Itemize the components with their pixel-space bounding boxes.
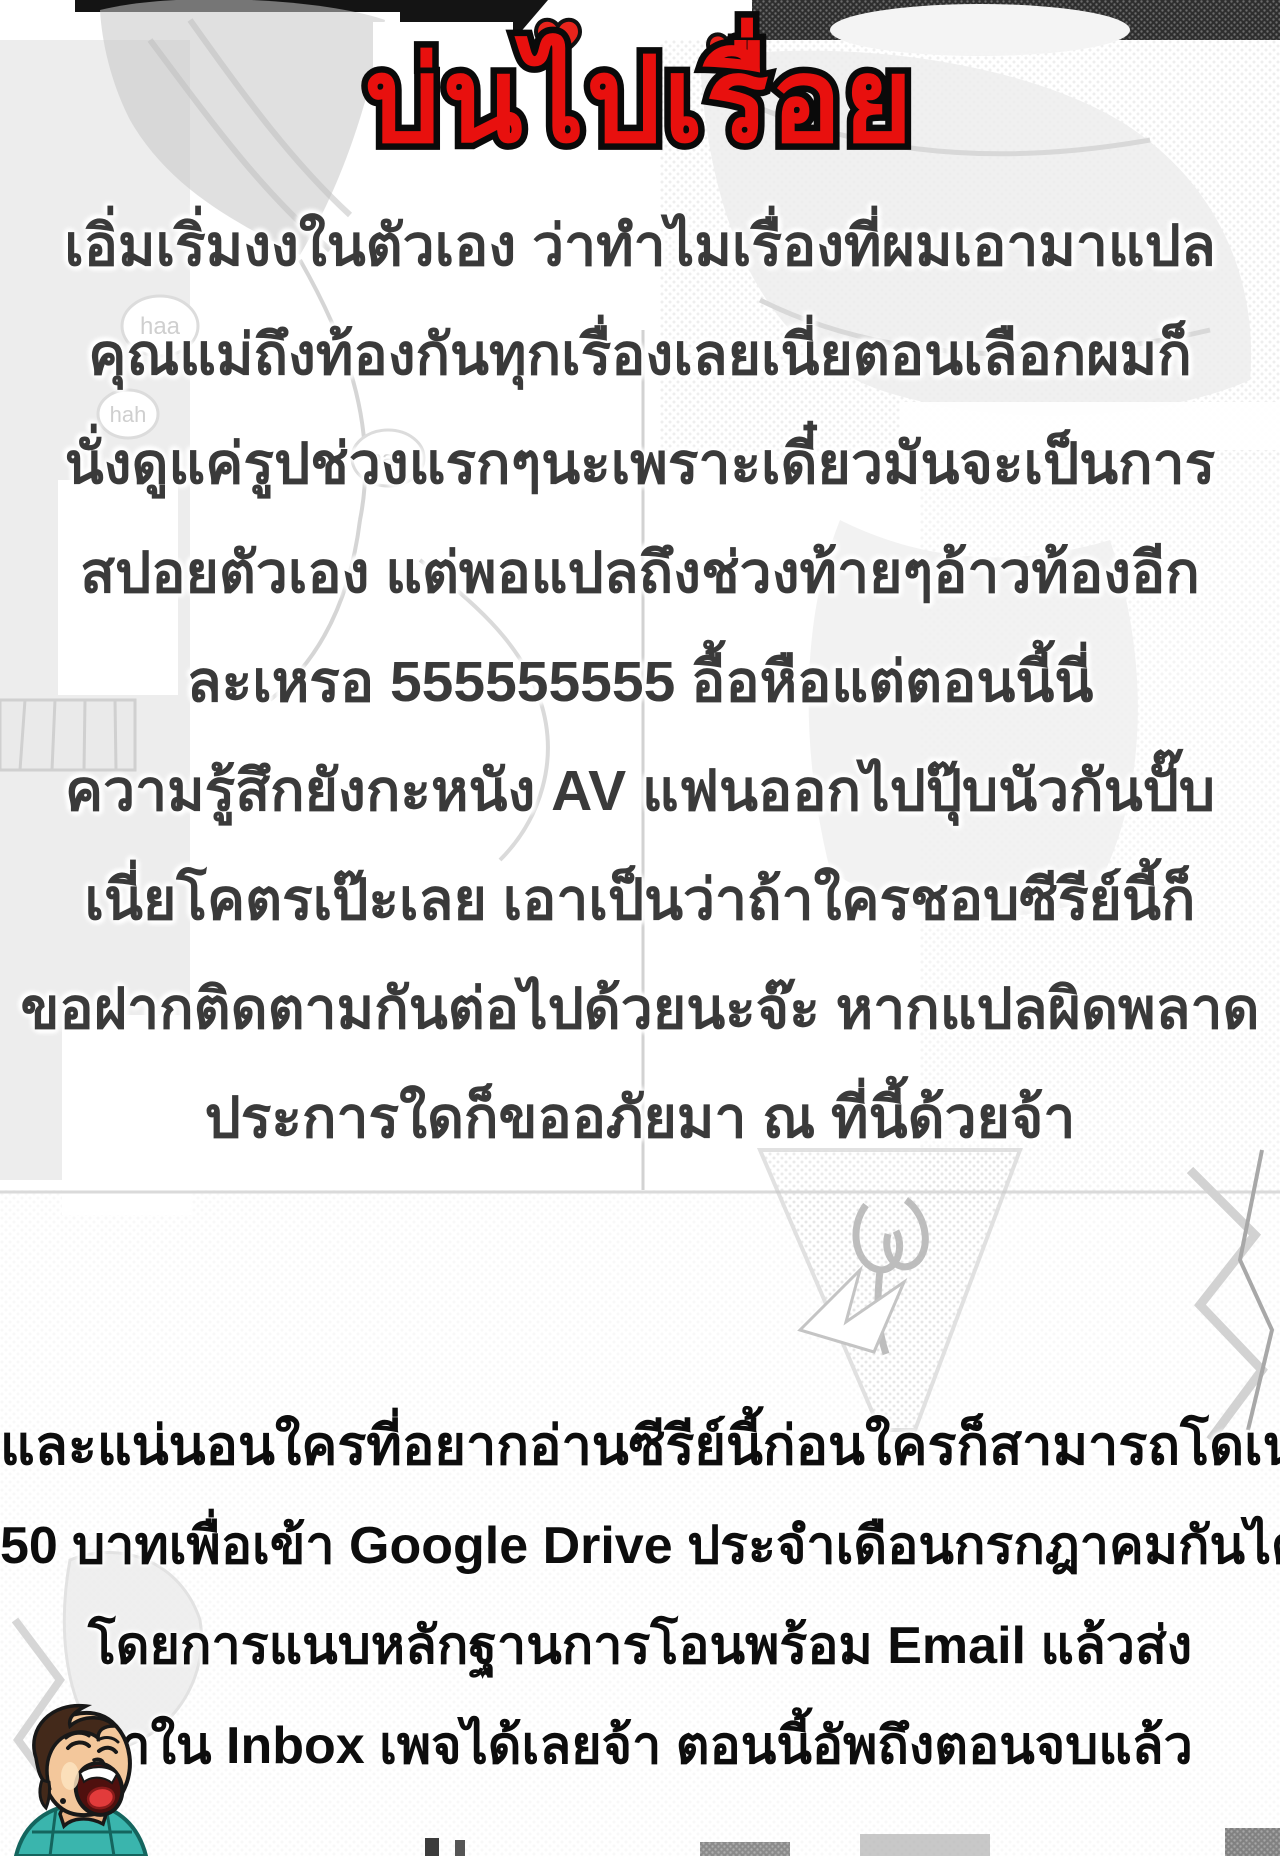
- note-line: สปอยตัวเอง แต่พอแปลถึงช่วงท้ายๆอ้าวท้องอ…: [0, 519, 1280, 628]
- donation-line: 50 บาทเพื่อเข้า Google Drive ประจำเดือนก…: [0, 1496, 1280, 1596]
- donation-line: มาใน Inbox เพจได้เลยจ้า ตอนนี้อัพถึงตอนจ…: [0, 1696, 1280, 1796]
- note-line: เนี่ยโคตรเป๊ะเลย เอาเป็นว่าถ้าใครชอบซีรี…: [0, 846, 1280, 955]
- donation-note: และแน่นอนใครที่อยากอ่านซีรีย์นี้ก่อนใครก…: [0, 1396, 1280, 1796]
- donation-line: และแน่นอนใครที่อยากอ่านซีรีย์นี้ก่อนใครก…: [0, 1396, 1280, 1496]
- translator-note: เอิ่มเริ่มงงในตัวเอง ว่าทำไมเรื่องที่ผมเ…: [0, 192, 1280, 1173]
- donation-line: โดยการแนบหลักฐานการโอนพร้อม Email แล้วส่…: [0, 1596, 1280, 1696]
- bg-bottom-fragment: [700, 1842, 790, 1856]
- note-line: เอิ่มเริ่มงงในตัวเอง ว่าทำไมเรื่องที่ผมเ…: [0, 192, 1280, 301]
- note-line: ละเหรอ 555555555 อื้อหือแต่ตอนนี้นี่: [0, 628, 1280, 737]
- bg-bottom-fragment: [425, 1838, 439, 1856]
- bg-bottom-fragment: [860, 1834, 990, 1856]
- translator-note-page: haa hah hah: [0, 0, 1280, 1856]
- mascot-laughing-man-icon: [6, 1696, 158, 1856]
- bg-bottom-fragment: [1225, 1828, 1280, 1856]
- note-line: นั่งดูแค่รูปช่วงแรกๆนะเพราะเดี๋ยวมันจะเป…: [0, 410, 1280, 519]
- note-line: ความรู้สึกยังกะหนัง AV แฟนออกไปปุ๊บนัวกั…: [0, 737, 1280, 846]
- page-title: บ่นไปเรื่อย: [0, 26, 1280, 176]
- note-line: ขอฝากติดตามกันต่อไปด้วยนะจ๊ะ หากแปลผิดพล…: [0, 955, 1280, 1064]
- note-line: คุณแม่ถึงท้องกันทุกเรื่องเลยเนี่ยตอนเลือ…: [0, 301, 1280, 410]
- bg-bottom-fragment: [455, 1840, 465, 1856]
- note-line: ประการใดก็ขออภัยมา ณ ที่นี้ด้วยจ้า: [0, 1064, 1280, 1173]
